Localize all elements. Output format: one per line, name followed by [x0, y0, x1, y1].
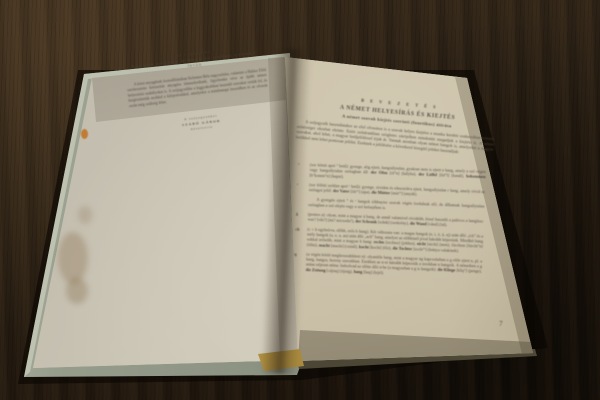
pronunciation-entry: ŋ(a végén lefelé meghosszabbított n): ol… — [306, 252, 483, 280]
entry-marker: ŋ — [294, 251, 297, 256]
right-page-list-block: °(sor feletti apró ° betű): gyenge, alig… — [288, 162, 495, 360]
page-stain — [66, 278, 88, 304]
entry-marker: ° — [298, 162, 300, 167]
page-stain — [78, 206, 92, 224]
page-stain — [58, 232, 88, 284]
orange-cover-spot — [81, 129, 88, 139]
photo-of-open-book: AZ I. KÖTETET BALOGH GYÖRGY MIHÁLY ÉS GY… — [0, 0, 600, 400]
entry-marker: ch — [295, 226, 300, 231]
pronunciation-entry: ʳ(sor fölötti szótlan apró ʳ betű): gyen… — [309, 182, 485, 199]
page-number: 7 — [499, 320, 503, 328]
entry-marker: ʳ — [297, 182, 298, 187]
pronunciation-entry: ch(c + h egybeírva, előbb, erős h hang).… — [307, 227, 484, 255]
pronunciation-entry: A gyengén ejtett ° és ʳ hangok többnyire… — [308, 197, 484, 214]
left-page-paragraph: A kötet anyagának összeállításában Kelem… — [127, 67, 269, 108]
entry-marker: å — [296, 212, 298, 217]
pronunciation-entry: å(pontos a): olyan, mint a magyar á hang… — [308, 212, 484, 229]
pronunciation-list: °(sor feletti apró ° betű): gyenge, alig… — [292, 162, 486, 280]
